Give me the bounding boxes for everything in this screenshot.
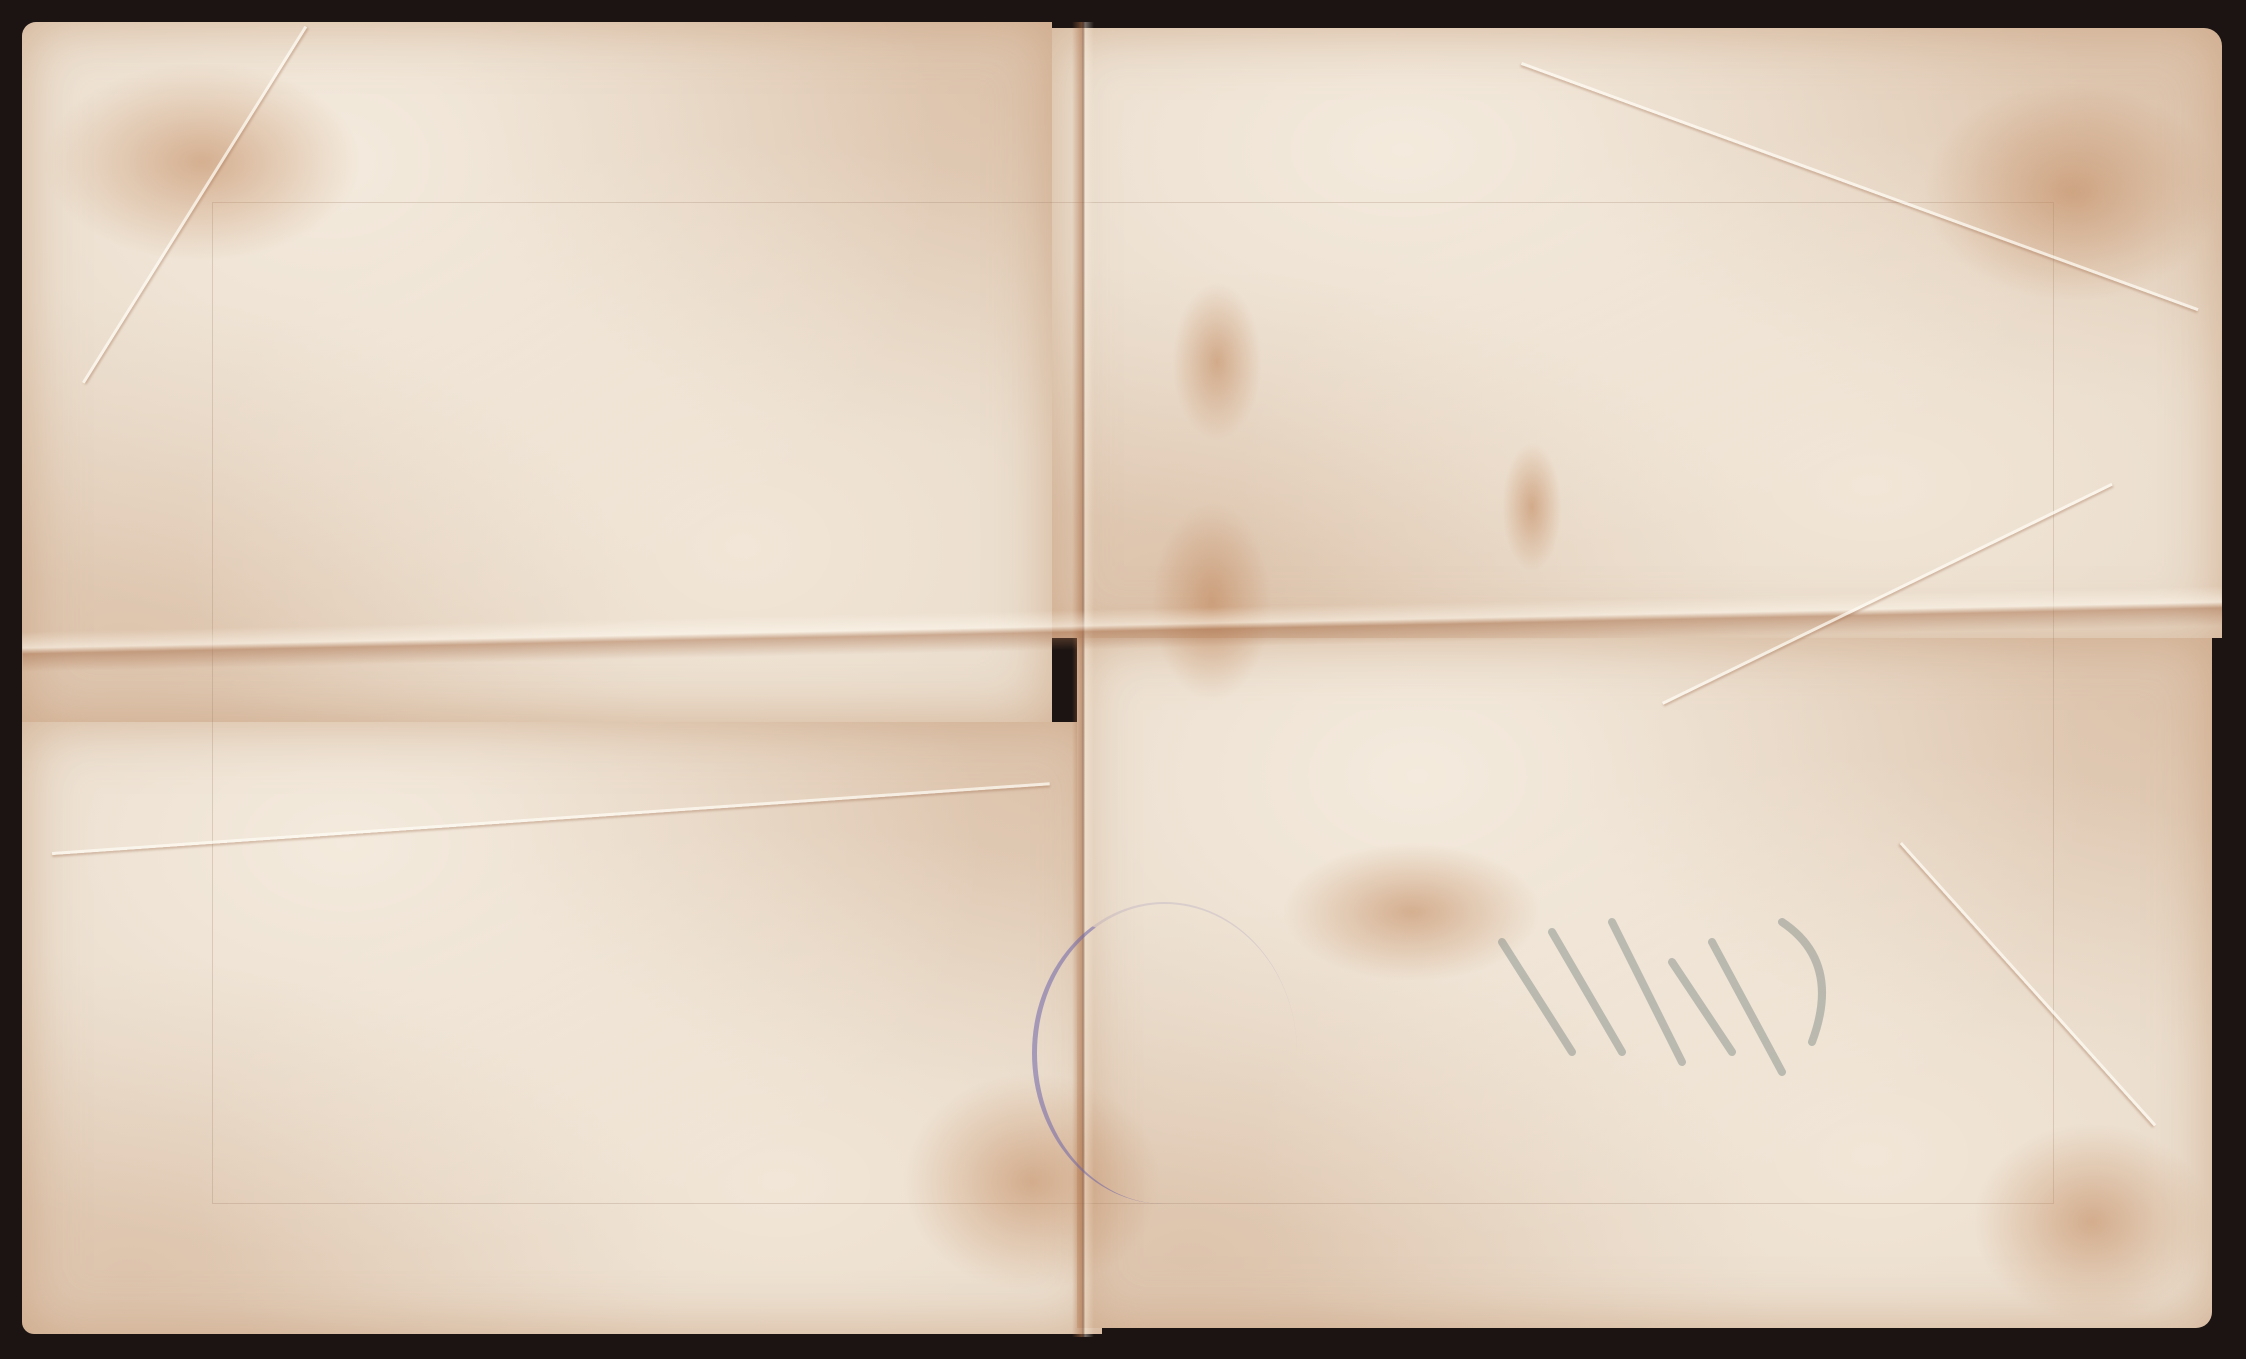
circular-stamp-partial: [1032, 902, 1297, 1204]
stain: [1972, 1122, 2212, 1322]
banknote-reverse: [22, 22, 2222, 1337]
stain: [42, 62, 362, 262]
stain: [1922, 82, 2222, 302]
signature-show-through: [1482, 902, 1902, 1082]
stain: [1502, 442, 1562, 572]
stain: [1172, 282, 1262, 442]
stain: [1152, 502, 1272, 702]
